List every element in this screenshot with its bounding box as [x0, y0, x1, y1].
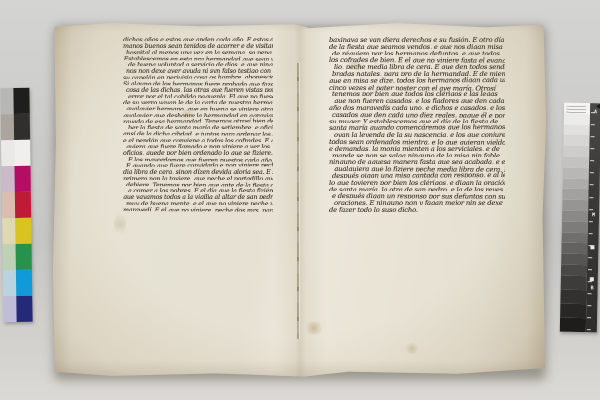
- manuscript-line: rayado de esa hermandad. Tenemos otrosí …: [123, 116, 273, 123]
- manuscript-line: primero non la toviere, que peche el por…: [123, 174, 273, 180]
- ruler-tick: [588, 293, 592, 294]
- ruler-tick: [587, 317, 591, 318]
- color-patch-solid: [15, 218, 31, 244]
- manuscript-line: lo que tovieren por bien los clérigos, e…: [329, 178, 505, 185]
- gray-step: [561, 243, 587, 254]
- ruler-tick: [587, 329, 591, 330]
- gray-step: [564, 103, 590, 114]
- manuscript-line: Si alguno de los hermanos fuere probado …: [123, 79, 273, 86]
- manuscript-line: los cofrades de bien. E el que no vinier…: [329, 55, 505, 63]
- color-calibration-strip: [0, 88, 32, 322]
- color-patch-solid: [16, 296, 32, 322]
- manuscript-bifolium: dichos oños e estos que anden cada año. …: [52, 21, 546, 378]
- manuscript-line: todos sean ordenados mientra, e lo que q…: [329, 137, 505, 145]
- manuscript-line: que vayamos todos a la vigilia al altar …: [123, 192, 273, 198]
- color-patch-pastel: [3, 244, 16, 270]
- paper-stain: [304, 321, 324, 335]
- manuscript-line: ninguno de aquesa manera fasta que sea a…: [329, 157, 505, 164]
- ruler-tick: [590, 173, 594, 174]
- manuscript-line: baxinava se van diera derechos e su fusi…: [329, 35, 505, 42]
- gray-step: [563, 135, 589, 146]
- ruler-tick: [588, 245, 592, 246]
- manuscript-line: maravedí. E el que no viniere, peche dos…: [123, 205, 273, 212]
- color-patch-pastel: [2, 192, 15, 218]
- gray-step: [562, 232, 588, 243]
- gray-step: [562, 211, 588, 222]
- ruler-tick: [588, 257, 592, 258]
- ruler-tick: [588, 269, 592, 270]
- gray-step: [562, 221, 588, 232]
- manuscript-line: hospital al menos una vez en la semana, …: [123, 48, 273, 54]
- manuscript-line: dia libra de çera, sinon dízen devida gl…: [123, 167, 273, 173]
- gray-step: [561, 265, 587, 276]
- manuscript-line: e después digan un responso por sus defu…: [329, 191, 505, 199]
- grayscale-calibration-wedge: A M B: [560, 103, 600, 333]
- gray-step: [561, 275, 587, 290]
- ruler-tick: [589, 197, 593, 198]
- handwritten-text-right: baxinava se van diera derechos e su fusi…: [329, 35, 505, 212]
- ruler-tick: [590, 148, 594, 149]
- color-patch-pastel: [1, 114, 14, 140]
- manuscript-line: que non fueren casados, e los fiadores q…: [329, 96, 505, 103]
- gray-step: [562, 200, 588, 211]
- manuscript-line: cosa de las dichas, las otras que fueren…: [123, 85, 273, 91]
- color-patch-pastel: [3, 270, 16, 296]
- ruler-tick: [590, 185, 594, 186]
- gray-step: [561, 254, 587, 265]
- gray-step: [563, 146, 589, 157]
- gray-step: [560, 289, 586, 304]
- handwritten-text-left: dichos oños e estos que anden cada año. …: [123, 35, 273, 211]
- color-patch-solid: [15, 192, 31, 218]
- ruler-label-b: B: [587, 286, 598, 291]
- ruler-tick: [590, 161, 594, 162]
- color-patch-pastel: [1, 166, 14, 192]
- color-patch-solid: [16, 244, 32, 270]
- manuscript-line: mande se non se salga ninguno de la misa…: [329, 151, 505, 158]
- ruler-tick: [589, 233, 593, 234]
- color-patch-solid: [16, 270, 32, 296]
- manuscript-line: manos buenos sean tenidos de acorrer e d…: [123, 41, 273, 47]
- color-patch-solid: [13, 88, 29, 114]
- manuscript-line: oyan la leyenda de la su nasçencia, e lo…: [329, 130, 505, 137]
- manuscript-line: lio, peche media libra de çera. E que de…: [329, 62, 505, 69]
- center-fold-stitching: [297, 63, 299, 339]
- gray-step: [562, 189, 588, 200]
- color-patch-pastel: [1, 140, 14, 166]
- manuscript-line: de fazer todo lo suso dicho.: [329, 205, 505, 212]
- manuscript-line: casados que den cada uno diez reales, pa…: [329, 110, 505, 118]
- gray-step: [560, 318, 586, 333]
- manuscript-line: ansí de la dicha çibdad, e juntos para o…: [123, 129, 273, 136]
- manuscript-line: muy de buena mente, e el que no viniere …: [123, 199, 273, 205]
- ruler-tick: [589, 221, 593, 222]
- manuscript-line: ofiçios, quede por bien ordenado lo que …: [123, 148, 273, 154]
- manuscript-line: santa maría quando començáremos que los …: [329, 122, 505, 130]
- manuscript-line: después oigan una misa cantada con respo…: [329, 170, 505, 178]
- manuscript-line: e demandas, la monja mienten a los servi…: [329, 144, 505, 151]
- paper-stain: [114, 211, 126, 237]
- gray-step: [564, 113, 590, 124]
- gray-step: [563, 167, 589, 178]
- ruler-tick: [591, 112, 595, 113]
- color-patch-pastel: [0, 88, 13, 114]
- manuscript-line: çinco vezes el pater noster con el ave m…: [329, 83, 505, 91]
- ruler-tick: [591, 136, 595, 137]
- gutter-shading: [274, 21, 326, 378]
- gray-step: [563, 178, 589, 189]
- color-patch-pastel: [3, 296, 16, 322]
- manuscript-line: de la fiesta que seamos vendos, e que no…: [329, 42, 505, 49]
- ruler-tick: [591, 124, 595, 125]
- manuscript-line: año dos maravedís cada uno, e dichos e c…: [329, 103, 505, 110]
- manuscript-line: que en misa se dize, todos los hermanos …: [329, 75, 505, 83]
- ruler-tick: [587, 305, 591, 306]
- ruler-tick: [589, 209, 593, 210]
- manuscript-line: qualquier hermano, que en buena se vinie…: [123, 104, 273, 111]
- gray-step: [563, 157, 589, 168]
- ruler-tick: [588, 281, 592, 282]
- color-patch-pastel: [2, 218, 15, 244]
- manuscript-line: su çapelán en perjuisio cosa os hombre, …: [123, 72, 273, 79]
- manuscript-line: oraçiones. E ninguno non y fagan mejor n…: [329, 198, 505, 205]
- photograph-scene: dichos oños e estos que anden cada año. …: [0, 0, 600, 400]
- paper-stain: [404, 343, 420, 354]
- color-patch-solid: [14, 114, 30, 140]
- ruler-label-m: M: [588, 213, 599, 218]
- color-patch-solid: [14, 166, 30, 192]
- manuscript-line: E quando que fuere convidado e non vinie…: [123, 160, 273, 167]
- gray-step: [560, 303, 586, 318]
- gray-step: [564, 124, 590, 135]
- manuscript-line: debiere. Tenemos por bien que ante de la…: [123, 180, 273, 187]
- manuscript-line: Y Establesçemos en esta nra hermandad qu…: [123, 54, 273, 61]
- color-patch-solid: [14, 140, 30, 166]
